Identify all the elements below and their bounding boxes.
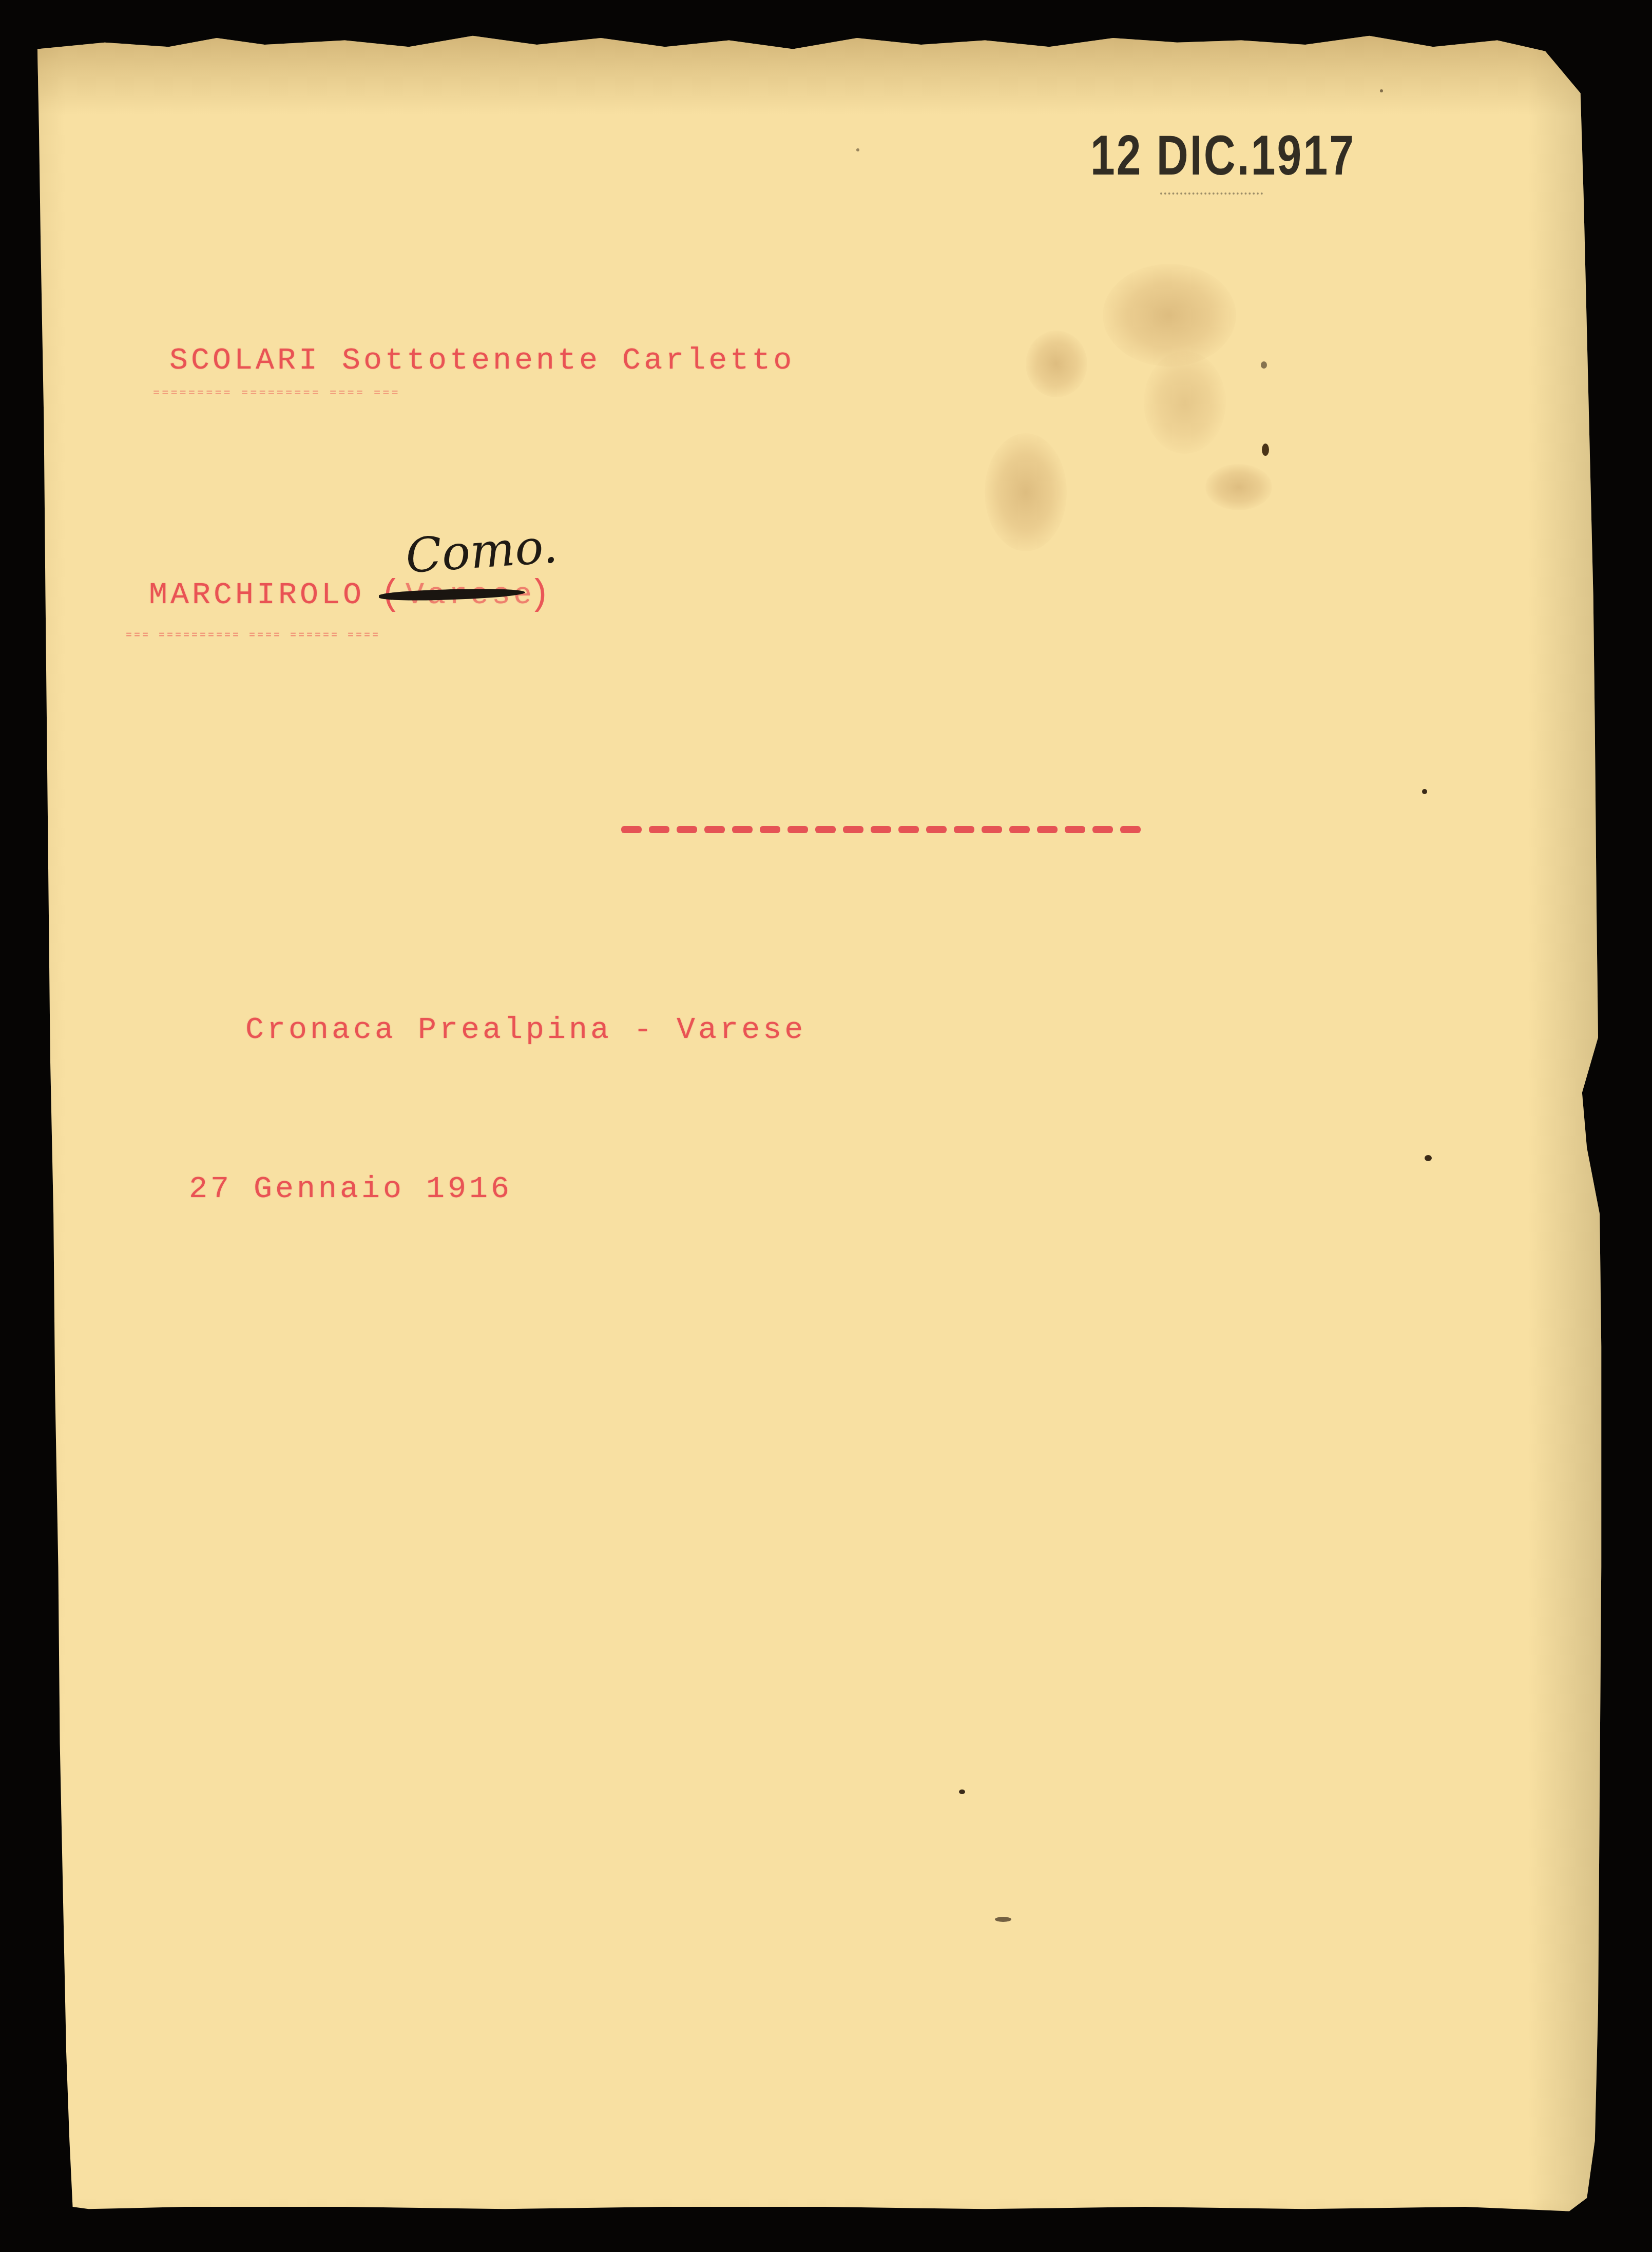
stamp-underline: [1160, 193, 1263, 197]
dirt-speck: [959, 1789, 965, 1794]
dirt-speck: [995, 1917, 1011, 1922]
close-paren: ): [529, 575, 550, 615]
name-line: SCOLARI Sottotenente Carletto: [169, 343, 795, 379]
place-underline: === ========== ==== ====== ====: [126, 630, 380, 642]
water-stain: [1103, 264, 1236, 367]
water-stain: [1026, 331, 1087, 397]
separator-line: [621, 826, 1141, 833]
water-stain: [1205, 464, 1272, 510]
source-line: Cronaca Prealpina - Varese: [245, 1012, 806, 1048]
town-name: MARCHIROLO: [149, 578, 364, 613]
dirt-speck: [1422, 789, 1427, 794]
name-underline: ========= ========= ==== ===: [153, 388, 400, 400]
date-stamp: 12 DIC.1917: [1090, 127, 1355, 184]
water-stain: [1144, 351, 1226, 454]
water-stain: [985, 433, 1067, 551]
dirt-speck: [1261, 361, 1267, 369]
dirt-speck: [1380, 89, 1383, 92]
dirt-speck: [1425, 1155, 1432, 1161]
dirt-speck: [1262, 444, 1269, 456]
dirt-speck: [856, 148, 859, 151]
article-date: 27 Gennaio 1916: [189, 1171, 512, 1207]
handwritten-correction: Como.: [404, 518, 560, 584]
